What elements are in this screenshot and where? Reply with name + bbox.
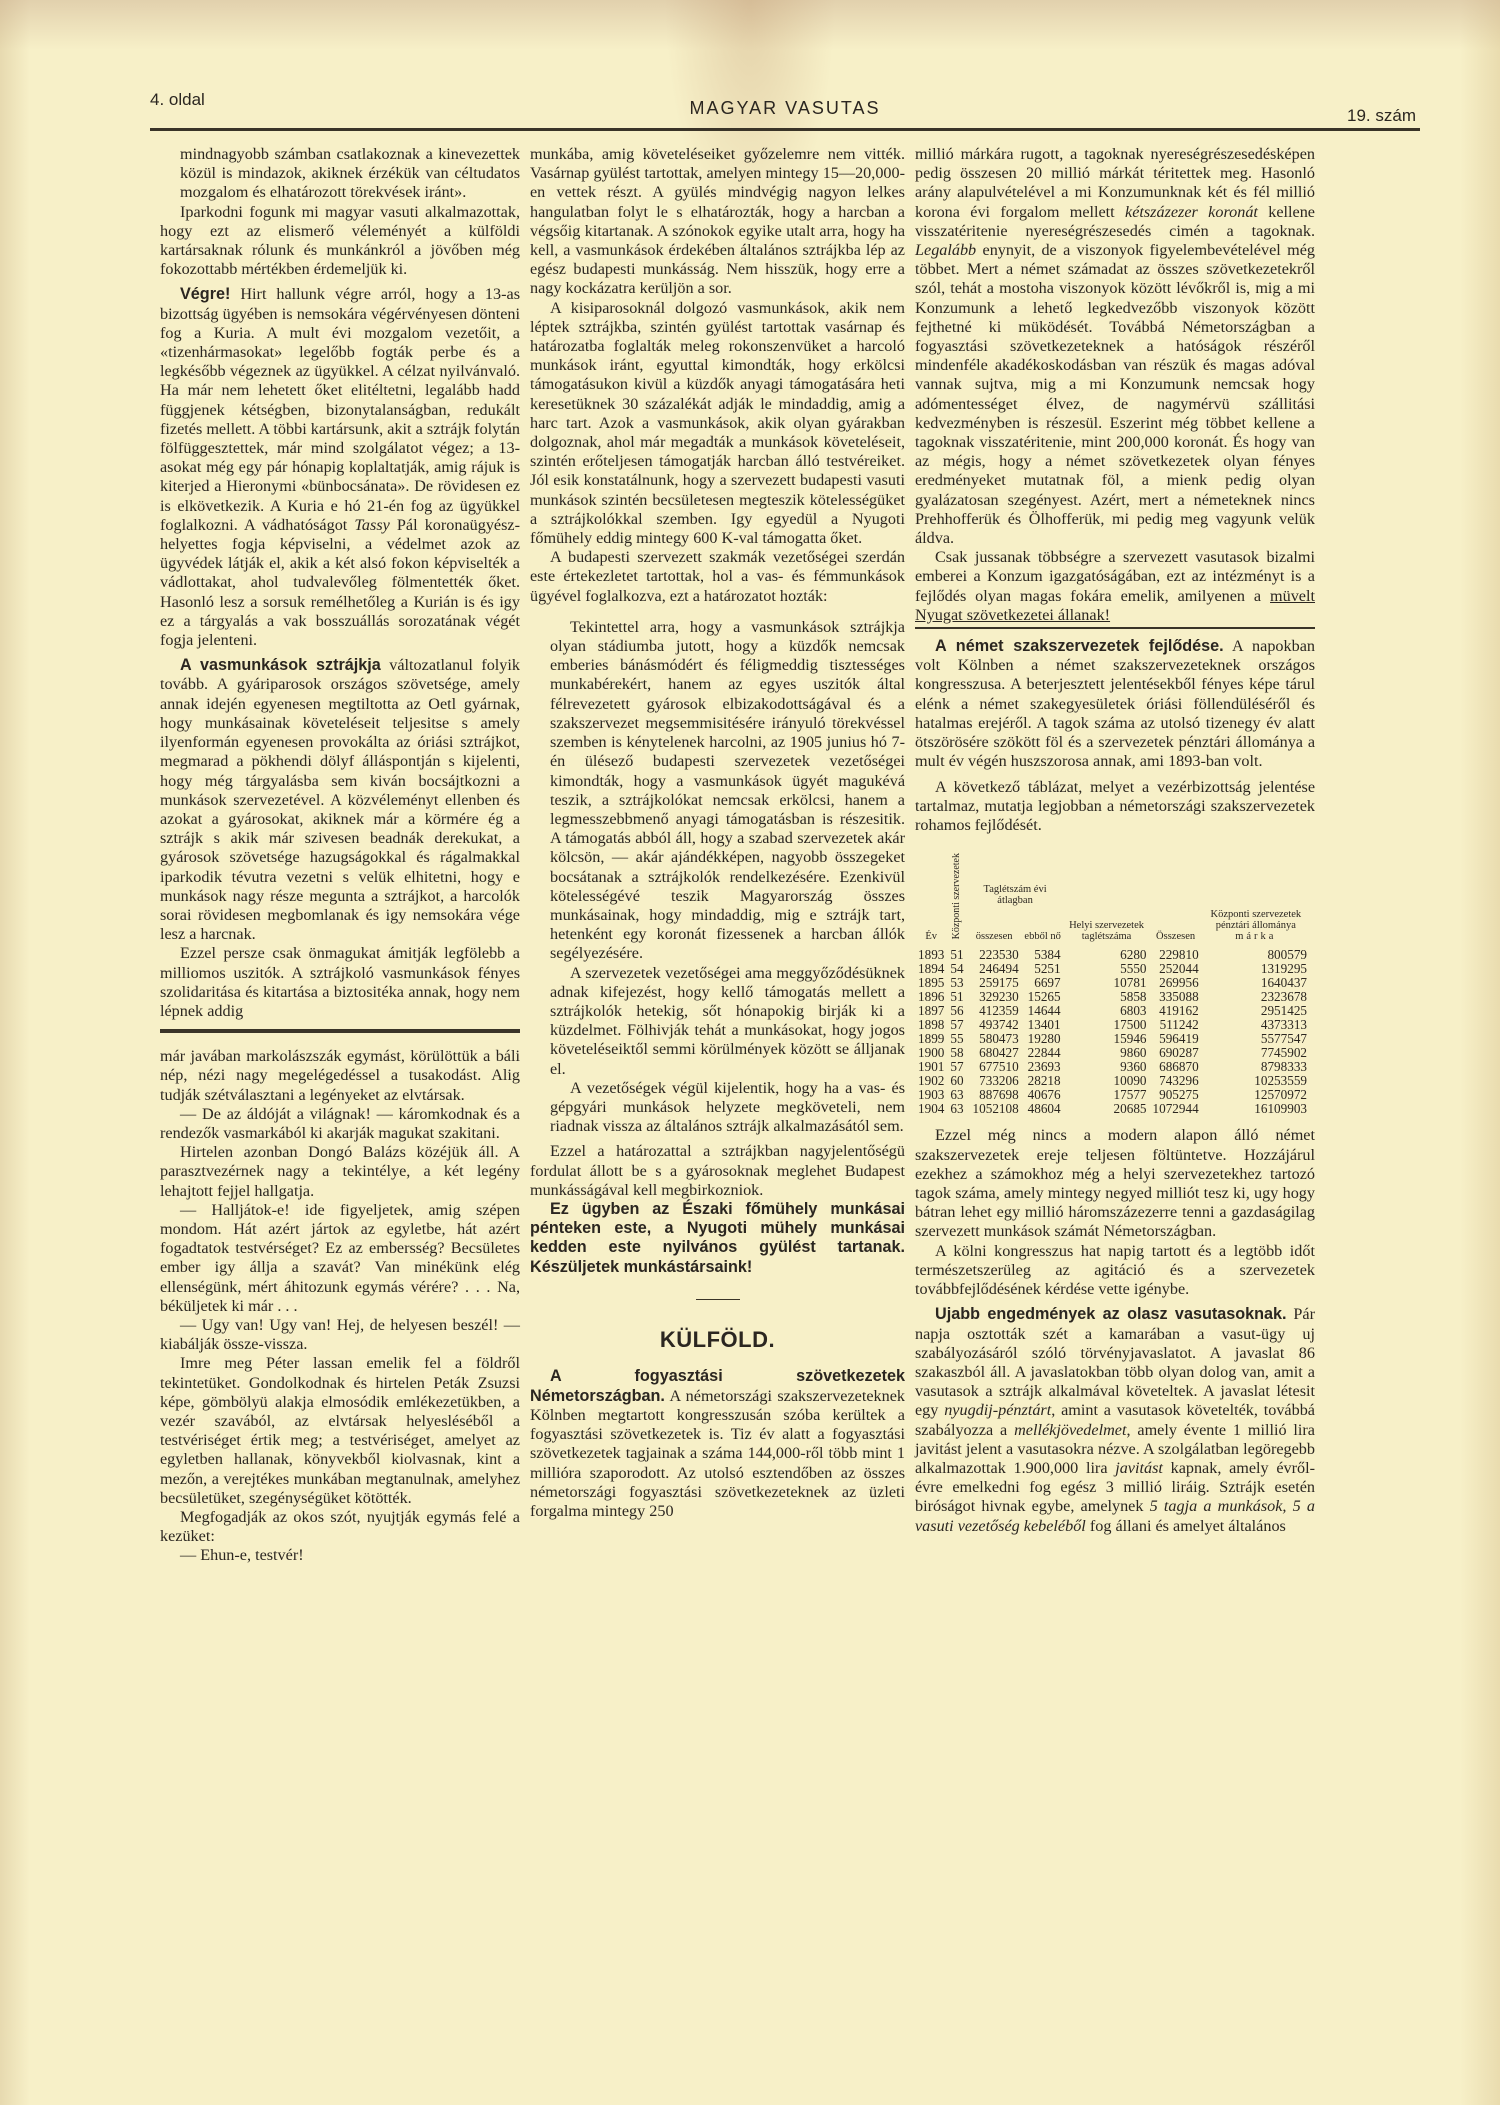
- story-paragraph: Imre meg Péter lassan emelik fel a földr…: [160, 1354, 520, 1508]
- paragraph: A budapesti szervezett szakmák vezetőség…: [530, 548, 905, 606]
- page-header: 4. oldal MAGYAR VASUTAS 19. szám: [150, 86, 1420, 126]
- table-cell: 13401: [1022, 1018, 1064, 1032]
- table-cell: 335088: [1150, 990, 1202, 1004]
- col-header-year: Év: [915, 853, 947, 948]
- table-cell: 412359: [967, 1004, 1022, 1018]
- col-header-members-women: ebből nő: [1022, 912, 1064, 948]
- table-row: 190363887698406761757790527512570972: [915, 1088, 1310, 1102]
- paragraph: Csak jussanak többségre a szervezett vas…: [915, 548, 1315, 625]
- table-cell: 12570972: [1202, 1088, 1310, 1102]
- table-cell: 1072944: [1150, 1102, 1202, 1116]
- newspaper-page: 4. oldal MAGYAR VASUTAS 19. szám mindnag…: [0, 0, 1500, 2105]
- story-paragraph: — Ugy van! Ugy van! Hej, de helyesen bes…: [160, 1316, 520, 1354]
- table-row: 1896513292301526558583350882323678: [915, 990, 1310, 1004]
- newspaper-title: MAGYAR VASUTAS: [150, 98, 1420, 119]
- paragraph: Iparkodni fogunk mi magyar vasuti alkalm…: [160, 203, 520, 280]
- table-cell: 51: [947, 990, 966, 1004]
- section-divider: [160, 1029, 520, 1033]
- article-vasmunkasok: A vasmunkások sztrájkja változatlanul fo…: [160, 656, 520, 944]
- union-statistics-table: Év Központi szervezetek Taglétszám évi á…: [915, 853, 1310, 1116]
- table-cell: 5550: [1064, 962, 1150, 976]
- col-header-funds: Központi szervezetek pénztári állományam…: [1202, 853, 1310, 948]
- table-cell: 229810: [1150, 948, 1202, 962]
- table-cell: 493742: [967, 1018, 1022, 1032]
- table-cell: 58: [947, 1046, 966, 1060]
- table-cell: 1894: [915, 962, 947, 976]
- quote-end: mindnagyobb számban csatlakoznak a kinev…: [160, 145, 520, 203]
- table-cell: 56: [947, 1004, 966, 1018]
- table-cell: 2323678: [1202, 990, 1310, 1004]
- table-row: 18935122353053846280229810800579: [915, 948, 1310, 962]
- article-heading: A német szakszervezetek fejlődése.: [935, 637, 1224, 655]
- table-row: 1901576775102369393606868708798333: [915, 1060, 1310, 1074]
- resolution-block: Tekintettel arra, hogy a vasmunkások szt…: [530, 618, 905, 1136]
- table-cell: 10781: [1064, 976, 1150, 990]
- table-cell: 686870: [1150, 1060, 1202, 1074]
- table-row: 19046310521084860420685107294416109903: [915, 1102, 1310, 1116]
- table-cell: 60: [947, 1074, 966, 1088]
- paragraph: millió márkára rugott, a tagoknak nyeres…: [915, 145, 1315, 548]
- table-cell: 5858: [1064, 990, 1150, 1004]
- table-row: 189454246494525155502520441319295: [915, 962, 1310, 976]
- table-cell: 1895: [915, 976, 947, 990]
- table-cell: 1902: [915, 1074, 947, 1088]
- table-cell: 57: [947, 1018, 966, 1032]
- table-cell: 269956: [1150, 976, 1202, 990]
- table-cell: 15946: [1064, 1032, 1150, 1046]
- section-divider: [915, 627, 1315, 629]
- paragraph: Ezzel a határozattal a sztrájkban nagyje…: [530, 1142, 905, 1200]
- table-cell: 680427: [967, 1046, 1022, 1060]
- col-header-members: Taglétszám évi átlagban: [967, 853, 1064, 912]
- table-cell: 6280: [1064, 948, 1150, 962]
- table-cell: 252044: [1150, 962, 1202, 976]
- table-cell: 53: [947, 976, 966, 990]
- article-fogyasztasi: A fogyasztási szövetkezetek Németországb…: [530, 1367, 905, 1521]
- table-cell: 63: [947, 1102, 966, 1116]
- table-row: 18995558047319280159465964195577547: [915, 1032, 1310, 1046]
- paragraph: A kölni kongresszus hat napig tartott és…: [915, 1242, 1315, 1300]
- table-cell: 10253559: [1202, 1074, 1310, 1088]
- table-cell: 419162: [1150, 1004, 1202, 1018]
- table-cell: 246494: [967, 962, 1022, 976]
- table-row: 1900586804272284498606902877745902: [915, 1046, 1310, 1060]
- table-cell: 9860: [1064, 1046, 1150, 1060]
- table-cell: 733206: [967, 1074, 1022, 1088]
- table-cell: 5384: [1022, 948, 1064, 962]
- paragraph: A kisiparosoknál dolgozó vasmunkások, ak…: [530, 299, 905, 549]
- story-paragraph: Megfogadják az okos szót, nyujtják egymá…: [160, 1508, 520, 1546]
- table-cell: 511242: [1150, 1018, 1202, 1032]
- table-cell: 54: [947, 962, 966, 976]
- table-cell: 677510: [967, 1060, 1022, 1074]
- story-paragraph: — Halljátok-e! ide figyeljetek, amig szé…: [160, 1201, 520, 1316]
- article-heading: Ujabb engedmények az olasz vasutasoknak.: [935, 1305, 1287, 1323]
- table-cell: 1899: [915, 1032, 947, 1046]
- table-cell: 5577547: [1202, 1032, 1310, 1046]
- table-cell: 580473: [967, 1032, 1022, 1046]
- table-cell: 51: [947, 948, 966, 962]
- paragraph: A következő táblázat, melyet a vezérbizo…: [915, 778, 1315, 836]
- table-cell: 800579: [1202, 948, 1310, 962]
- column-3: millió márkára rugott, a tagoknak nyeres…: [915, 145, 1315, 1536]
- table-cell: 57: [947, 1060, 966, 1074]
- table-cell: 14644: [1022, 1004, 1064, 1018]
- divider: [696, 1299, 740, 1301]
- table-cell: 887698: [967, 1088, 1022, 1102]
- table-cell: 1897: [915, 1004, 947, 1018]
- table-cell: 9360: [1064, 1060, 1150, 1074]
- table-cell: 1319295: [1202, 962, 1310, 976]
- table-cell: 10090: [1064, 1074, 1150, 1088]
- table-cell: 1052108: [967, 1102, 1022, 1116]
- table-cell: 4373313: [1202, 1018, 1310, 1032]
- table-cell: 28218: [1022, 1074, 1064, 1088]
- paragraph: Ezzel persze csak önmagukat ámitják legf…: [160, 944, 520, 1021]
- table-row: 1895532591756697107812699561640437: [915, 976, 1310, 990]
- table-cell: 1898: [915, 1018, 947, 1032]
- section-title-kulfold: KÜLFÖLD.: [530, 1330, 905, 1349]
- table-cell: 905275: [1150, 1088, 1202, 1102]
- table-cell: 1904: [915, 1102, 947, 1116]
- article-szakszervezetek: A német szakszervezetek fejlődése. A nap…: [915, 637, 1315, 771]
- table-cell: 6697: [1022, 976, 1064, 990]
- table-cell: 63: [947, 1088, 966, 1102]
- col-header-local: Helyi szervezetek taglétszáma: [1064, 853, 1150, 948]
- paragraph: Ez ügyben az Északi főmühely munkásai pé…: [530, 1200, 905, 1277]
- paragraph: Ezzel még nincs a modern alapon álló ném…: [915, 1126, 1315, 1241]
- story-paragraph: — Ehun-e, testvér!: [160, 1546, 520, 1565]
- table-cell: 17500: [1064, 1018, 1150, 1032]
- table-cell: 16109903: [1202, 1102, 1310, 1116]
- table-cell: 1901: [915, 1060, 947, 1074]
- table-cell: 15265: [1022, 990, 1064, 1004]
- article-vegre: Végre! Hirt hallunk végre arról, hogy a …: [160, 285, 520, 650]
- table-cell: 259175: [967, 976, 1022, 990]
- story-paragraph: — De az áldóját a világnak! — káromkodna…: [160, 1105, 520, 1143]
- table-cell: 1640437: [1202, 976, 1310, 990]
- table-cell: 55: [947, 1032, 966, 1046]
- column-2: munkába, amig követeléseiket győzelemre …: [530, 145, 905, 1521]
- col-header-members-total: összesen: [967, 912, 1022, 948]
- table-cell: 48604: [1022, 1102, 1064, 1116]
- story-paragraph: már javában markolászszák egymást, körül…: [160, 1047, 520, 1105]
- table-cell: 596419: [1150, 1032, 1202, 1046]
- article-heading: A vasmunkások sztrájkja: [180, 656, 381, 674]
- table-row: 1897564123591464468034191622951425: [915, 1004, 1310, 1018]
- table-cell: 8798333: [1202, 1060, 1310, 1074]
- table-cell: 1903: [915, 1088, 947, 1102]
- table-cell: 22844: [1022, 1046, 1064, 1060]
- table-row: 18985749374213401175005112424373313: [915, 1018, 1310, 1032]
- column-1: mindnagyobb számban csatlakoznak a kinev…: [160, 145, 520, 1566]
- table-cell: 223530: [967, 948, 1022, 962]
- table-cell: 19280: [1022, 1032, 1064, 1046]
- table-cell: 329230: [967, 990, 1022, 1004]
- table-cell: 1893: [915, 948, 947, 962]
- table-cell: 17577: [1064, 1088, 1150, 1102]
- article-olasz: Ujabb engedmények az olasz vasutasoknak.…: [915, 1305, 1315, 1535]
- story-paragraph: Hirtelen azonban Dongó Balázs közéjük ál…: [160, 1143, 520, 1201]
- issue-number: 19. szám: [1347, 106, 1416, 126]
- table-cell: 1900: [915, 1046, 947, 1060]
- col-header-central: Központi szervezetek: [947, 853, 966, 948]
- table-cell: 5251: [1022, 962, 1064, 976]
- table-cell: 1896: [915, 990, 947, 1004]
- article-heading: Végre!: [180, 285, 230, 303]
- header-rule: [150, 128, 1420, 131]
- table-cell: 6803: [1064, 1004, 1150, 1018]
- table-cell: 7745902: [1202, 1046, 1310, 1060]
- table-row: 190260733206282181009074329610253559: [915, 1074, 1310, 1088]
- table-cell: 40676: [1022, 1088, 1064, 1102]
- col-header-total: Összesen: [1150, 853, 1202, 948]
- table-cell: 23693: [1022, 1060, 1064, 1074]
- table-cell: 690287: [1150, 1046, 1202, 1060]
- paragraph: munkába, amig követeléseiket győzelemre …: [530, 145, 905, 299]
- table-cell: 743296: [1150, 1074, 1202, 1088]
- table-cell: 2951425: [1202, 1004, 1310, 1018]
- table-cell: 20685: [1064, 1102, 1150, 1116]
